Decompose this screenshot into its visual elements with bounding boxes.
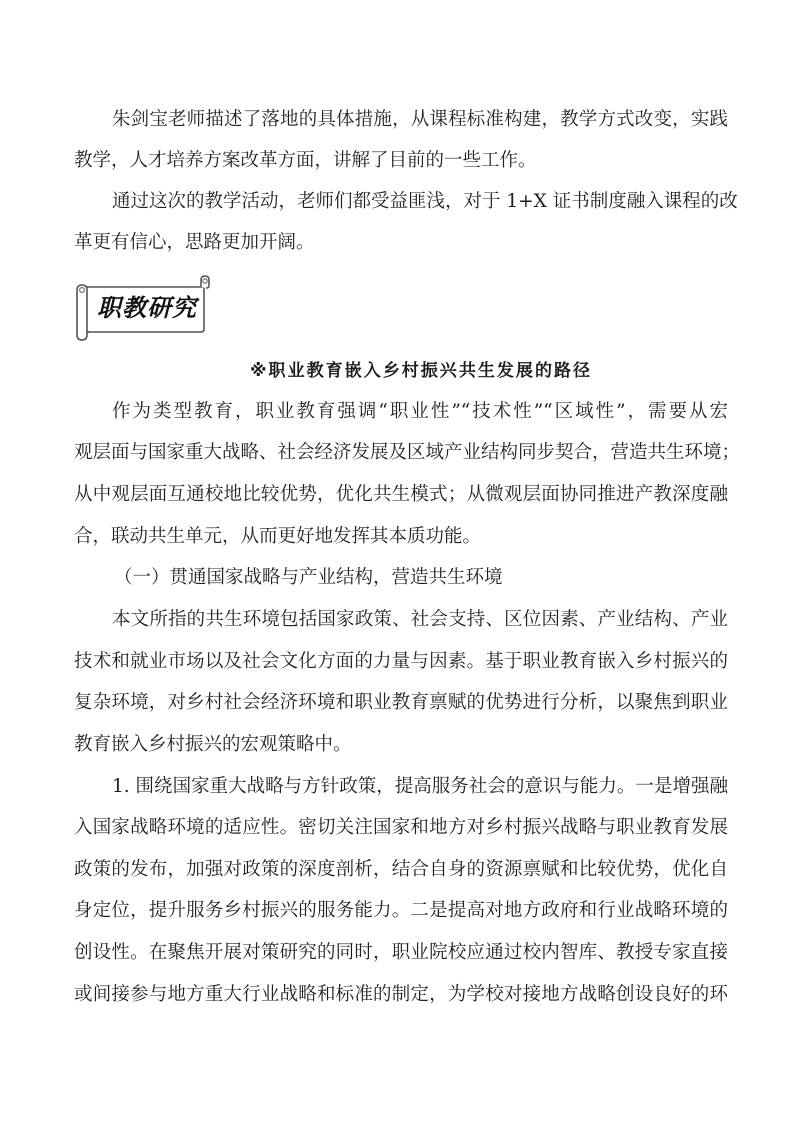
paragraph-line: 创设性。在聚焦开展对策研究的同时，职业院校应通过校内智库、教授专家直接 <box>74 941 728 965</box>
paragraph-line: 朱剑宝老师描述了落地的具体措施，从课程标准构建，教学方式改变，实践 <box>112 108 728 132</box>
paragraph-line: 合，联动共生单元，从而更好地发挥其本质功能。 <box>74 525 728 549</box>
document-page: 朱剑宝老师描述了落地的具体措施，从课程标准构建，教学方式改变，实践 教学，人才培… <box>0 0 799 1131</box>
paragraph-line: 1. 围绕国家重大战略与方针政策，提高服务社会的意识与能力。一是增强融 <box>112 775 728 799</box>
paragraph-line: 观层面与国家重大战略、社会经济发展及区域产业结构同步契合，营造共生环境； <box>74 441 728 465</box>
section-subheading: （一）贯通国家战略与产业结构，营造共生环境 <box>114 566 728 590</box>
paragraph-line: 通过这次的教学活动，老师们都受益匪浅，对于 1+X 证书制度融入课程的改 <box>112 190 728 214</box>
banner-label: 职教研究 <box>92 292 202 324</box>
paragraph-line: 教育嵌入乡村振兴的宏观策略中。 <box>74 733 728 757</box>
paragraph-line: 革更有信心，思路更加开阔。 <box>74 231 728 255</box>
paragraph-line: 身定位，提升服务乡村振兴的服务能力。二是提高对地方政府和行业战略环境的 <box>74 899 728 923</box>
section-banner: 职教研究 <box>74 274 214 342</box>
paragraph-line: 作为类型教育，职业教育强调“职业性”“技术性”“区域性”，需要从宏 <box>112 400 728 424</box>
paragraph-line: 或间接参与地方重大行业战略和标准的制定，为学校对接地方战略创设良好的环 <box>74 983 728 1007</box>
paragraph-line: 政策的发布，加强对政策的深度剖析，结合自身的资源禀赋和比较优势，优化自 <box>74 858 728 882</box>
article-title: ※职业教育嵌入乡村振兴共生发展的路径 <box>250 359 590 383</box>
paragraph-line: 技术和就业市场以及社会文化方面的力量与因素。基于职业教育嵌入乡村振兴的 <box>74 650 728 674</box>
paragraph-line: 从中观层面互通校地比较优势，优化共生模式；从微观层面协同推进产教深度融 <box>74 483 728 507</box>
paragraph-line: 本文所指的共生环境包括国家政策、社会支持、区位因素、产业结构、产业 <box>112 608 728 632</box>
paragraph-line: 复杂环境，对乡村社会经济环境和职业教育禀赋的优势进行分析，以聚焦到职业 <box>74 691 728 715</box>
paragraph-line: 入国家战略环境的适应性。密切关注国家和地方对乡村振兴战略与职业教育发展 <box>74 816 728 840</box>
paragraph-line: 教学，人才培养方案改革方面，讲解了目前的一些工作。 <box>74 149 728 173</box>
